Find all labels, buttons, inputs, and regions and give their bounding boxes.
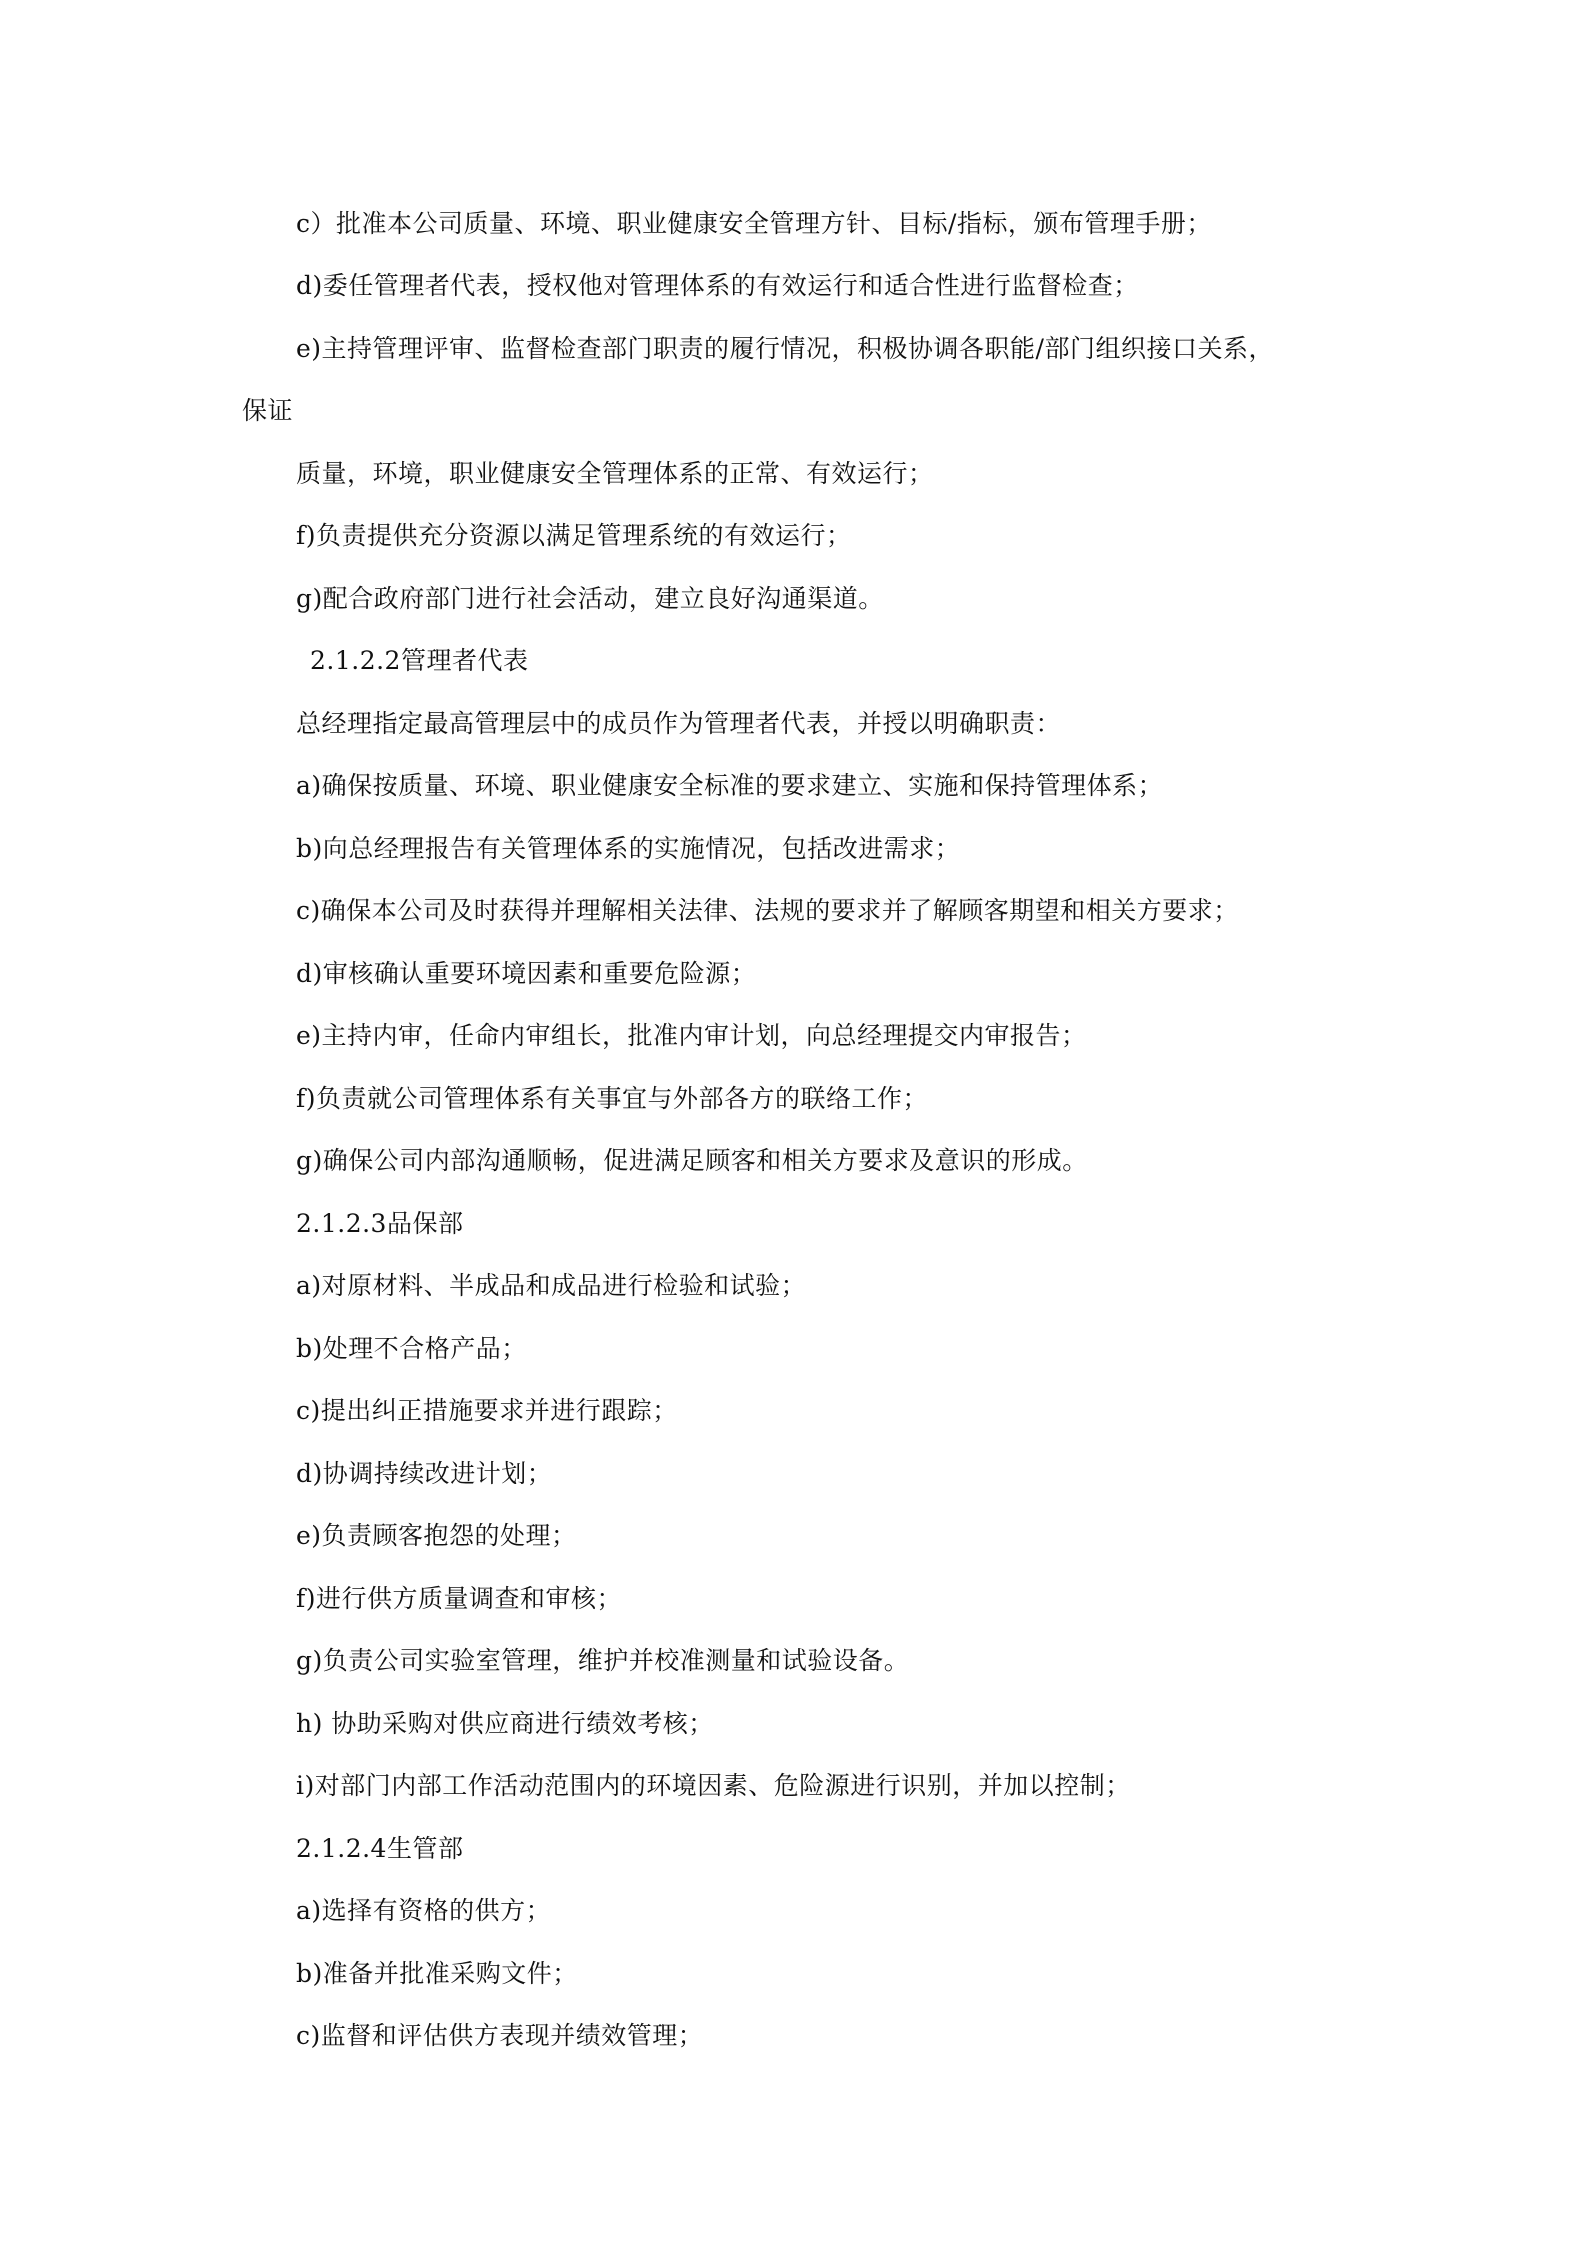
list-item-a: a)对原材料、半成品和成品进行检验和试验； xyxy=(296,1266,806,1306)
list-item-c: c)提出纠正措施要求并进行跟踪； xyxy=(296,1391,678,1431)
list-item-e: e)主持内审，任命内审组长，批准内审计划，向总经理提交内审报告； xyxy=(296,1016,1087,1056)
list-item-b: b)处理不合格产品； xyxy=(296,1329,527,1369)
list-item-e-continuation-wrap: 保证 xyxy=(242,391,293,431)
list-item-c-approve-policy: c）批准本公司质量、环境、职业健康安全管理方针、目标/指标，颁布管理手册； xyxy=(296,204,1212,244)
section-intro-paragraph: 总经理指定最高管理层中的成员作为管理者代表，并授以明确职责： xyxy=(296,704,1061,744)
list-item-a: a)选择有资格的供方； xyxy=(296,1891,551,1931)
list-item-g: g)确保公司内部沟通顺畅，促进满足顾客和相关方要求及意识的形成。 xyxy=(296,1141,1088,1181)
list-item-e-management-review: e)主持管理评审、监督检查部门职责的履行情况，积极协调各职能/部门组织接口关系， xyxy=(296,329,1274,369)
list-item-b: b)向总经理报告有关管理体系的实施情况，包括改进需求； xyxy=(296,829,960,869)
section-heading-2-1-2-3: 2.1.2.3品保部 xyxy=(296,1204,463,1244)
list-item-i: i)对部门内部工作活动范围内的环境因素、危险源进行识别，并加以控制； xyxy=(296,1766,1131,1806)
section-heading-2-1-2-4: 2.1.2.4生管部 xyxy=(296,1829,463,1869)
list-item-d: d)协调持续改进计划； xyxy=(296,1454,552,1494)
list-item-g-government-liaison: g)配合政府部门进行社会活动，建立良好沟通渠道。 xyxy=(296,579,884,619)
list-item-e-continuation: 质量，环境，职业健康安全管理体系的正常、有效运行； xyxy=(296,454,934,494)
list-item-c: c)确保本公司及时获得并理解相关法律、法规的要求并了解顾客期望和相关方要求； xyxy=(296,891,1239,931)
list-item-g: g)负责公司实验室管理，维护并校准测量和试验设备。 xyxy=(296,1641,909,1681)
list-item-a: a)确保按质量、环境、职业健康安全标准的要求建立、实施和保持管理体系； xyxy=(296,766,1163,806)
list-item-b: b)准备并批准采购文件； xyxy=(296,1954,578,1994)
section-heading-2-1-2-2: 2.1.2.2管理者代表 xyxy=(310,641,528,681)
list-item-f-provide-resources: f)负责提供充分资源以满足管理系统的有效运行； xyxy=(296,516,852,556)
list-item-d-appoint-representative: d)委任管理者代表，授权他对管理体系的有效运行和适合性进行监督检查； xyxy=(296,266,1139,306)
list-item-d: d)审核确认重要环境因素和重要危险源； xyxy=(296,954,756,994)
list-item-f: f)进行供方质量调查和审核； xyxy=(296,1579,622,1619)
document-page: c）批准本公司质量、环境、职业健康安全管理方针、目标/指标，颁布管理手册； d)… xyxy=(0,0,1587,2245)
list-item-h: h) 协助采购对供应商进行绩效考核； xyxy=(296,1704,714,1744)
list-item-f: f)负责就公司管理体系有关事宜与外部各方的联络工作； xyxy=(296,1079,928,1119)
list-item-e: e)负责顾客抱怨的处理； xyxy=(296,1516,577,1556)
list-item-c: c)监督和评估供方表现并绩效管理； xyxy=(296,2016,703,2056)
